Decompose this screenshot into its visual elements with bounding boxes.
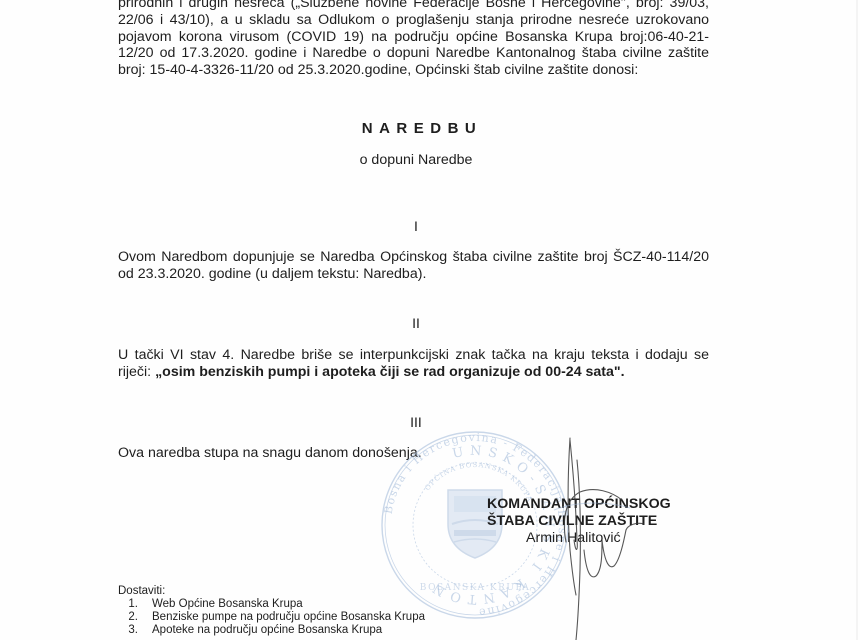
distribution-item: 2.Benziske pumpe na području općine Bosa… <box>118 611 425 624</box>
section-numeral-3: III <box>0 414 832 430</box>
section-1-line: Ovom Naredbom dopunjuje se Naredba Općin… <box>118 249 709 266</box>
intro-paragraph: prirodnih i drugih nesreća („Službene no… <box>118 0 709 79</box>
distribution-label: Dostaviti: <box>118 585 425 598</box>
document-title: NAREDBU <box>0 120 838 137</box>
distribution-item: 3.Apoteke na području općine Bosanska Kr… <box>118 624 425 637</box>
intro-line: broj: 15-40-4-3326-11/20 od 25.3.2020.go… <box>118 62 709 79</box>
section-2-line: U tački VI stav 4. Naredbe briše se inte… <box>118 347 709 364</box>
handwritten-signature <box>540 430 700 640</box>
section-1-line: od 23.3.2020. godine (u daljem tekstu: N… <box>118 266 709 283</box>
distribution-item: 1.Web Općine Bosanska Krupa <box>118 598 425 611</box>
document-page: prirodnih i drugih nesreća („Službene no… <box>0 0 860 640</box>
intro-line: 12/20 od 17.3.2020. godine i Naredbe o d… <box>118 45 709 62</box>
section-2-quoted-text: „osim benziskih pumpi i apoteka čiji se … <box>155 364 625 380</box>
section-2-prefix: riječi: <box>118 364 155 380</box>
intro-line: 22/06 i 43/10), a u skladu sa Odlukom o … <box>118 12 709 29</box>
section-2-line: riječi: „osim benziskih pumpi i apoteka … <box>118 364 709 381</box>
section-numeral-1: I <box>0 218 832 234</box>
distribution-list: Dostaviti: 1.Web Općine Bosanska Krupa 2… <box>118 585 425 637</box>
document-subtitle: o dopuni Naredbe <box>0 152 832 168</box>
stamp-bottom-text: BOSANSKA KRUPA <box>420 583 530 593</box>
section-1-text: Ovom Naredbom dopunjuje se Naredba Općin… <box>118 249 709 283</box>
intro-line: prirodnih i drugih nesreća („Službene no… <box>118 0 709 12</box>
intro-line: pojavom korona virusom (COVID 19) na pod… <box>118 29 709 46</box>
section-2-text: U tački VI stav 4. Naredbe briše se inte… <box>118 347 709 381</box>
section-numeral-2: II <box>0 315 832 331</box>
page-edge <box>856 0 858 640</box>
